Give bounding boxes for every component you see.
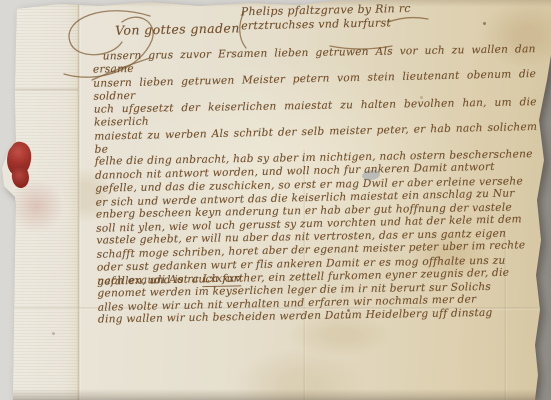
letter-content: Von gottes gnaden Phelips pfaltzgrave by… (0, 0, 551, 400)
invocation-text: Von gottes gnaden (115, 20, 240, 37)
dateline-year: Lxxxxv (202, 272, 241, 287)
sender-title: Phelips pfaltzgrave by Rin rc ertztruchs… (241, 2, 411, 33)
sender-title-line2: ertztruchses vnd kurfurst (241, 16, 411, 33)
photo-backdrop: Von gottes gnaden Phelips pfaltzgrave by… (0, 0, 551, 400)
dateline-text: nach exaudi Ao rc (97, 273, 203, 287)
manuscript-paper: Von gottes gnaden Phelips pfaltzgrave by… (0, 0, 551, 400)
paper-shadow-wrap: Von gottes gnaden Phelips pfaltzgrave by… (0, 0, 551, 400)
dateline: nach exaudi Ao rc Lxxxxv (97, 272, 241, 287)
